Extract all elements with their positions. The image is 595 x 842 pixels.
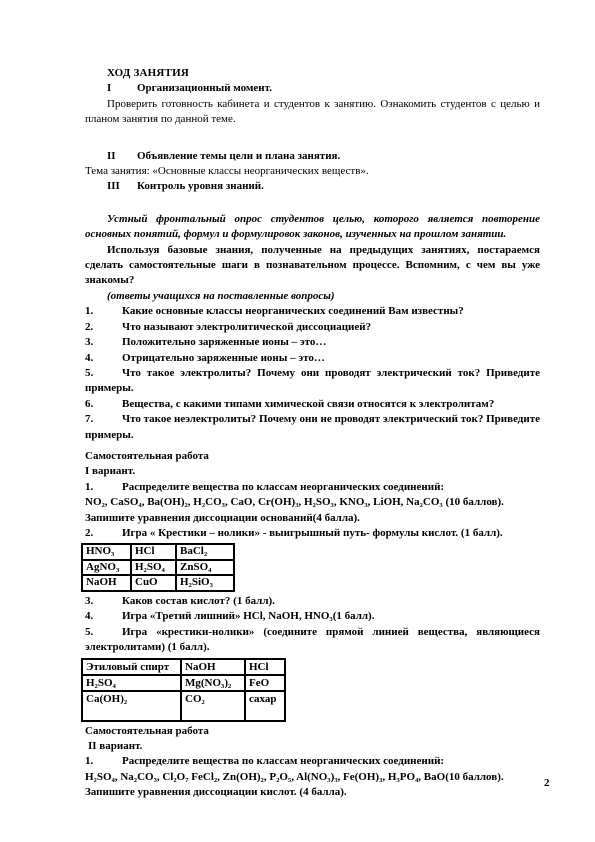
question-text: Отрицательно заряженные ионы – это… — [122, 352, 325, 364]
item-number: 2. — [85, 526, 122, 541]
item-text: Игра «крестики-нолики» (соедините прямой… — [85, 626, 540, 653]
worksheet-1-item-4: 4.Игра «Третий лишний» HCl, NaOH, HNO₃(1… — [85, 609, 540, 624]
question-number: 6. — [85, 397, 122, 412]
item-text: Игра «Третий лишний» HCl, NaOH, HNO₃(1 б… — [122, 610, 374, 622]
table-cell: Mg(NO₃)₂ — [181, 675, 245, 691]
question-item: 4.Отрицательно заряженные ионы – это… — [85, 351, 540, 366]
table-row: Ca(OH)₂ CO₂ сахар — [82, 691, 285, 721]
question-number: 7. — [85, 412, 122, 427]
item-number: 1. — [85, 480, 122, 495]
table-cell: FeO — [245, 675, 285, 691]
table-row: H₂SO₄ Mg(NO₃)₂ FeO — [82, 675, 285, 691]
table-cell: AgNO₃ — [82, 560, 131, 576]
table-cell: сахар — [245, 691, 285, 721]
worksheet-1-item-5: 5.Игра «крестики-нолики» (соедините прям… — [85, 625, 540, 656]
question-text: Какие основные классы неорганических сое… — [122, 305, 464, 317]
table-cell: BaCl₂ — [176, 544, 234, 560]
document-page: ХОД ЗАНЯТИЯ IОрганизационный момент. Про… — [0, 0, 595, 842]
table-cell: ZnSO₄ — [176, 560, 234, 576]
question-number: 5. — [85, 366, 122, 381]
table-cell: Этиловый спирт — [82, 659, 181, 675]
table-cell: NaOH — [181, 659, 245, 675]
question-item: 1.Какие основные классы неорганических с… — [85, 304, 540, 319]
spacer — [85, 128, 540, 149]
question-text: Что называют электролитической диссоциац… — [122, 321, 371, 333]
table-cell: CuO — [131, 575, 176, 591]
question-item: 5.Что такое электролиты? Почему они пров… — [85, 366, 540, 397]
worksheet-1-variant: I вариант. — [85, 464, 540, 479]
question-text: Что такое электролиты? Почему они провод… — [85, 367, 540, 394]
question-text: Что такое неэлектролиты? Почему они не п… — [85, 413, 540, 440]
question-number: 3. — [85, 335, 122, 350]
spacer — [85, 195, 540, 212]
table-row: HNO₃ HCl BaCl₂ — [82, 544, 234, 560]
intro-bold-paragraph: Используя базовые знания, полученные на … — [85, 243, 540, 289]
question-item: 7.Что такое неэлектролиты? Почему они не… — [85, 412, 540, 443]
question-item: 6.Вещества, с какими типами химической с… — [85, 397, 540, 412]
worksheet-1-item-3: 3.Каков состав кислот? (1 балл). — [85, 594, 540, 609]
lesson-topic: Тема занятия: «Основные классы неорганич… — [85, 164, 540, 179]
table-cell: Ca(OH)₂ — [82, 691, 181, 721]
table-cell: HNO₃ — [82, 544, 131, 560]
item-number: 3. — [85, 594, 122, 609]
item-number: 5. — [85, 625, 122, 640]
electrolytes-tictactoe-table: Этиловый спирт NaOH HCl H₂SO₄ Mg(NO₃)₂ F… — [81, 658, 286, 722]
table-cell: H₂SO₄ — [131, 560, 176, 576]
table-cell: HCl — [245, 659, 285, 675]
question-number: 4. — [85, 351, 122, 366]
doc-title: ХОД ЗАНЯТИЯ — [107, 66, 540, 81]
answers-note: (ответы учащихся на поставленные вопросы… — [107, 289, 540, 304]
worksheet-2-variant: II вариант. — [85, 739, 540, 754]
table-cell: NaOH — [82, 575, 131, 591]
section-2-heading: IIОбъявление темы цели и плана занятия. — [85, 149, 540, 164]
table-cell: H₂SiO₃ — [176, 575, 234, 591]
section-3-title: Контроль уровня знаний. — [137, 180, 264, 192]
worksheet-2-item-1: 1.Распределите вещества по классам неорг… — [85, 754, 540, 769]
table-row: NaOH CuO H₂SiO₃ — [82, 575, 234, 591]
section-3-heading: IIIКонтроль уровня знаний. — [85, 179, 540, 194]
worksheet-1-item-1: 1.Распределите вещества по классам неорг… — [85, 480, 540, 495]
question-number: 1. — [85, 304, 122, 319]
item-text: Игра « Крестики – нолики» - выигрышный п… — [122, 527, 503, 539]
item-text: Распределите вещества по классам неорган… — [122, 755, 444, 767]
page-number: 2 — [544, 776, 550, 791]
worksheet-2-note: Запишите уравнения диссоциации кислот. (… — [85, 785, 540, 800]
worksheet-1-formulas: NO₂, CaSO₄, Ba(OH)₂, H₂CO₃, CaO, Cr(OH)₃… — [85, 495, 540, 510]
question-text: Вещества, с какими типами химической свя… — [122, 398, 494, 410]
section-3-number: III — [107, 179, 137, 194]
table-row: Этиловый спирт NaOH HCl — [82, 659, 285, 675]
section-2-title: Объявление темы цели и плана занятия. — [137, 150, 340, 162]
question-item: 3.Положительно заряженные ионы – это… — [85, 335, 540, 350]
intro-italic-paragraph: Устный фронтальный опрос студентов целью… — [85, 212, 540, 243]
item-number: 4. — [85, 609, 122, 624]
worksheet-2-formulas: H₂SO₄, Na₂CO₃, Cl₂O₇ FeCl₂, Zn(OH)₂, P₂O… — [85, 770, 540, 785]
item-number: 1. — [85, 754, 122, 769]
question-number: 2. — [85, 320, 122, 335]
table-row: AgNO₃ H₂SO₄ ZnSO₄ — [82, 560, 234, 576]
table-cell: H₂SO₄ — [82, 675, 181, 691]
table-cell: CO₂ — [181, 691, 245, 721]
section-1-number: I — [107, 81, 137, 96]
item-text: Распределите вещества по классам неорган… — [122, 481, 444, 493]
worksheet-2-title: Самостоятельная работа — [85, 724, 540, 739]
section-2-number: II — [107, 149, 137, 164]
section-1-paragraph: Проверить готовность кабинета и студенто… — [85, 97, 540, 128]
section-1-title: Организационный момент. — [137, 82, 272, 94]
document-content: ХОД ЗАНЯТИЯ IОрганизационный момент. Про… — [85, 66, 540, 801]
question-item: 2.Что называют электролитической диссоци… — [85, 320, 540, 335]
worksheet-1-title: Самостоятельная работа — [85, 449, 540, 464]
worksheet-1-item-2: 2.Игра « Крестики – нолики» - выигрышный… — [85, 526, 540, 541]
acids-tictactoe-table: HNO₃ HCl BaCl₂ AgNO₃ H₂SO₄ ZnSO₄ NaOH Cu… — [81, 543, 235, 592]
question-text: Положительно заряженные ионы – это… — [122, 336, 326, 348]
table-cell: HCl — [131, 544, 176, 560]
worksheet-1-note: Запишите уравнения диссоциации оснований… — [85, 511, 540, 526]
item-text: Каков состав кислот? (1 балл). — [122, 595, 275, 607]
section-1-heading: IОрганизационный момент. — [85, 81, 540, 96]
